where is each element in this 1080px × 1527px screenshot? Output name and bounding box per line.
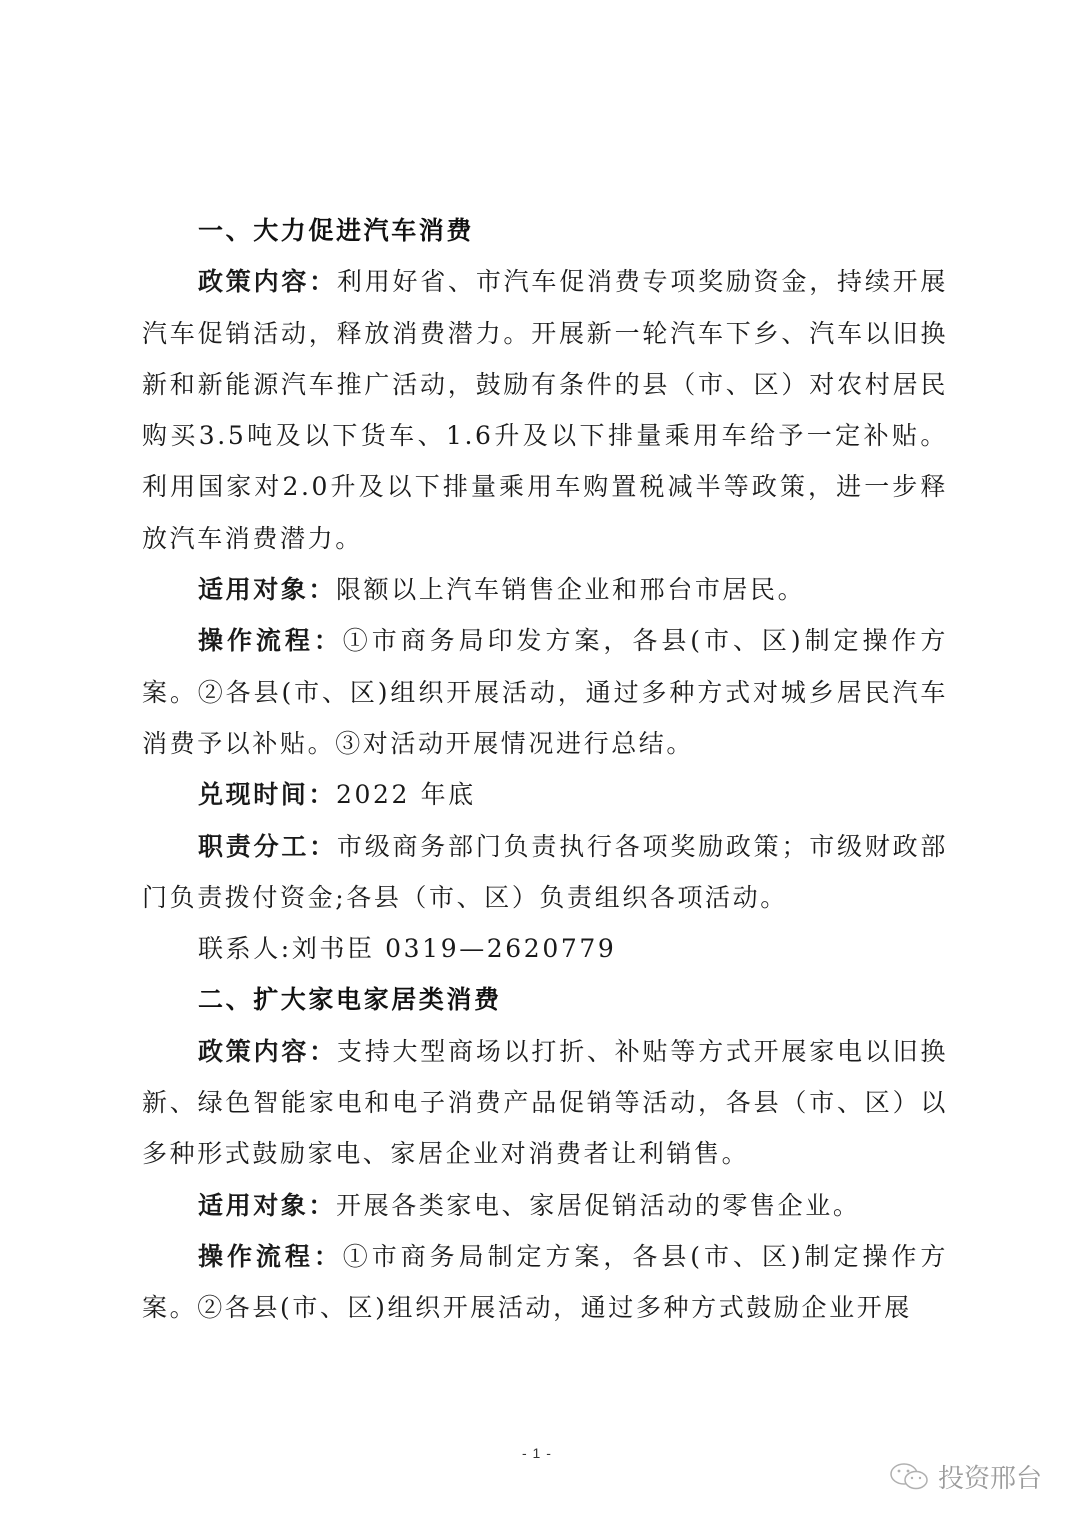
contact-person: 联系人:刘书臣 0319—2620779 xyxy=(142,923,948,974)
field-label: 适用对象： xyxy=(198,1191,336,1220)
field-label: 政策内容： xyxy=(198,1037,337,1066)
field-label: 联系人: xyxy=(198,934,292,963)
field-label: 适用对象： xyxy=(198,575,336,604)
field-text: 利用好省、市汽车促消费专项奖励资金，持续开展汽车促销活动，释放消费潜力。开展新一… xyxy=(142,267,948,552)
field-label: 操作流程： xyxy=(198,1242,343,1271)
watermark: 投资邢台 xyxy=(888,1458,1042,1495)
section-heading: 一、大力促进汽车消费 xyxy=(142,205,948,256)
applicable-target: 适用对象：限额以上汽车销售企业和邢台市居民。 xyxy=(142,564,948,615)
field-text: 开展各类家电、家居促销活动的零售企业。 xyxy=(336,1191,860,1220)
field-label: 职责分工： xyxy=(198,832,337,861)
wechat-icon xyxy=(888,1461,932,1493)
policy-content: 政策内容：支持大型商场以打折、补贴等方式开展家电以旧换新、绿色智能家电和电子消费… xyxy=(142,1026,948,1180)
field-text: 刘书臣 0319—2620779 xyxy=(292,934,617,963)
section-heading: 二、扩大家电家居类消费 xyxy=(142,974,948,1025)
watermark-text: 投资邢台 xyxy=(938,1458,1042,1495)
field-label: 政策内容： xyxy=(198,267,337,296)
policy-content: 政策内容：利用好省、市汽车促消费专项奖励资金，持续开展汽车促销活动，释放消费潜力… xyxy=(142,256,948,564)
document-page: 一、大力促进汽车消费 政策内容：利用好省、市汽车促消费专项奖励资金，持续开展汽车… xyxy=(0,0,1080,1527)
operation-process: 操作流程：①市商务局制定方案，各县(市、区)制定操作方案。②各县(市、区)组织开… xyxy=(142,1231,948,1334)
applicable-target: 适用对象：开展各类家电、家居促销活动的零售企业。 xyxy=(142,1180,948,1231)
field-label: 兑现时间： xyxy=(198,780,336,809)
field-label: 操作流程： xyxy=(198,626,343,655)
page-number: - 1 - xyxy=(522,1445,552,1461)
field-text: 2022 年底 xyxy=(336,780,476,809)
operation-process: 操作流程：①市商务局印发方案，各县(市、区)制定操作方案。②各县(市、区)组织开… xyxy=(142,615,948,769)
redemption-time: 兑现时间：2022 年底 xyxy=(142,769,948,820)
document-body: 一、大力促进汽车消费 政策内容：利用好省、市汽车促消费专项奖励资金，持续开展汽车… xyxy=(142,205,948,1334)
field-text: 限额以上汽车销售企业和邢台市居民。 xyxy=(336,575,805,604)
responsibility-division: 职责分工：市级商务部门负责执行各项奖励政策；市级财政部门负责拨付资金;各县（市、… xyxy=(142,821,948,924)
